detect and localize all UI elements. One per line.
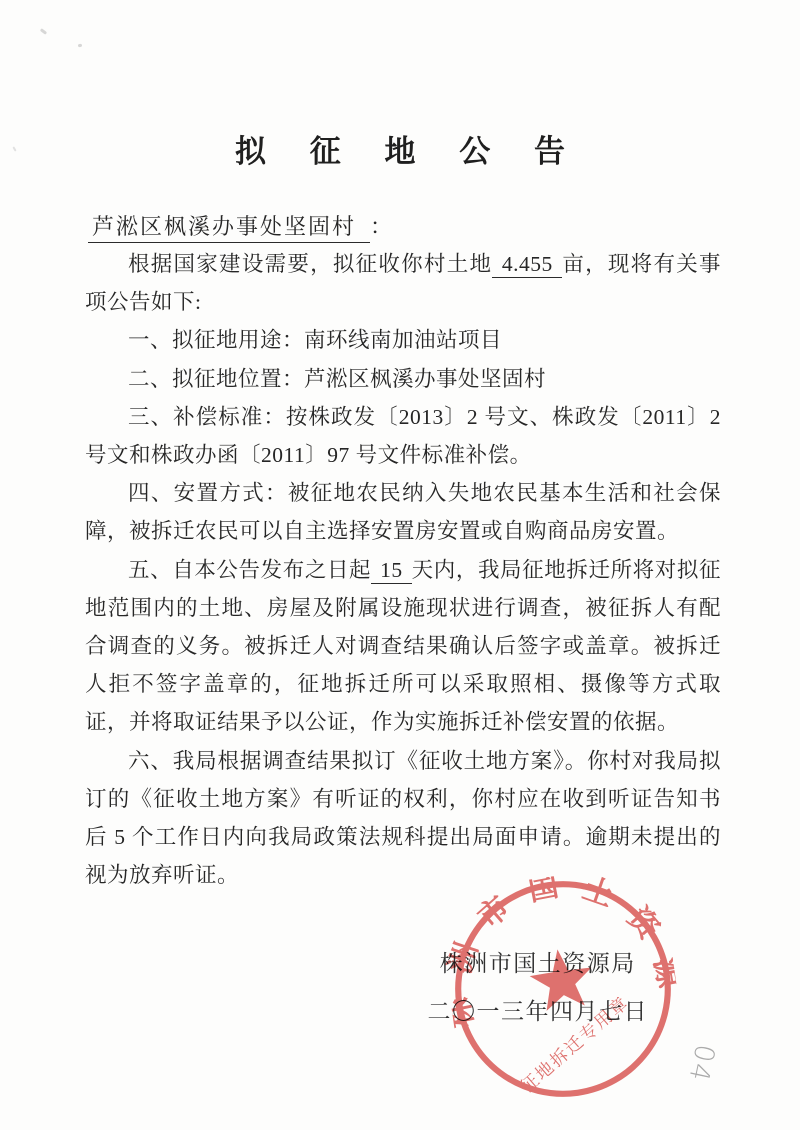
salutation-colon: ：: [370, 214, 394, 239]
item-4-resettlement: 四、安置方式：被征地农民纳入失地农民基本生活和社会保障，被拆迁农民可以自主选择安…: [85, 474, 721, 550]
item-5-text-after: 天内，我局征地拆迁所将对拟征地范围内的土地、房屋及附属设施现状进行调查，被征拆人…: [85, 558, 721, 735]
intro-text-before: 根据国家建设需要，拟征收你村土地: [128, 252, 492, 276]
item-5-survey: 五、自本公告发布之日起 15 天内，我局征地拆迁所将对拟征地范围内的土地、房屋及…: [85, 551, 721, 742]
land-area-value: 4.455: [492, 252, 562, 278]
salutation-line: 芦淞区枫溪办事处坚固村：: [88, 210, 394, 241]
item-5-text-before: 五、自本公告发布之日起: [128, 558, 371, 582]
handwritten-page-mark: 04: [682, 1042, 720, 1086]
item-3-compensation: 三、补偿标准：按株政发〔2013〕2 号文、株政发〔2011〕2 号文和株政办函…: [85, 398, 721, 474]
salutation-name: 芦淞区枫溪办事处坚固村: [88, 214, 370, 243]
item-1-purpose: 一、拟征地用途：南环线南加油站项目: [85, 321, 721, 359]
scan-artifact: [78, 44, 83, 48]
intro-paragraph: 根据国家建设需要，拟征收你村土地 4.455 亩，现将有关事项公告如下:: [85, 245, 721, 321]
notice-body: 根据国家建设需要，拟征收你村土地 4.455 亩，现将有关事项公告如下: 一、拟…: [85, 245, 721, 894]
scanned-notice-page: 拟 征 地 公 告 芦淞区枫溪办事处坚固村： 根据国家建设需要，拟征收你村土地 …: [0, 0, 800, 1130]
survey-days-value: 15: [371, 558, 411, 584]
page-title: 拟 征 地 公 告: [0, 126, 800, 171]
scan-artifact: [40, 28, 47, 35]
item-2-location: 二、拟征地位置：芦淞区枫溪办事处坚固村: [85, 360, 721, 398]
star-icon: [526, 945, 596, 1013]
official-seal: 株洲市国土资源局 征地拆迁专用章: [435, 861, 690, 1116]
